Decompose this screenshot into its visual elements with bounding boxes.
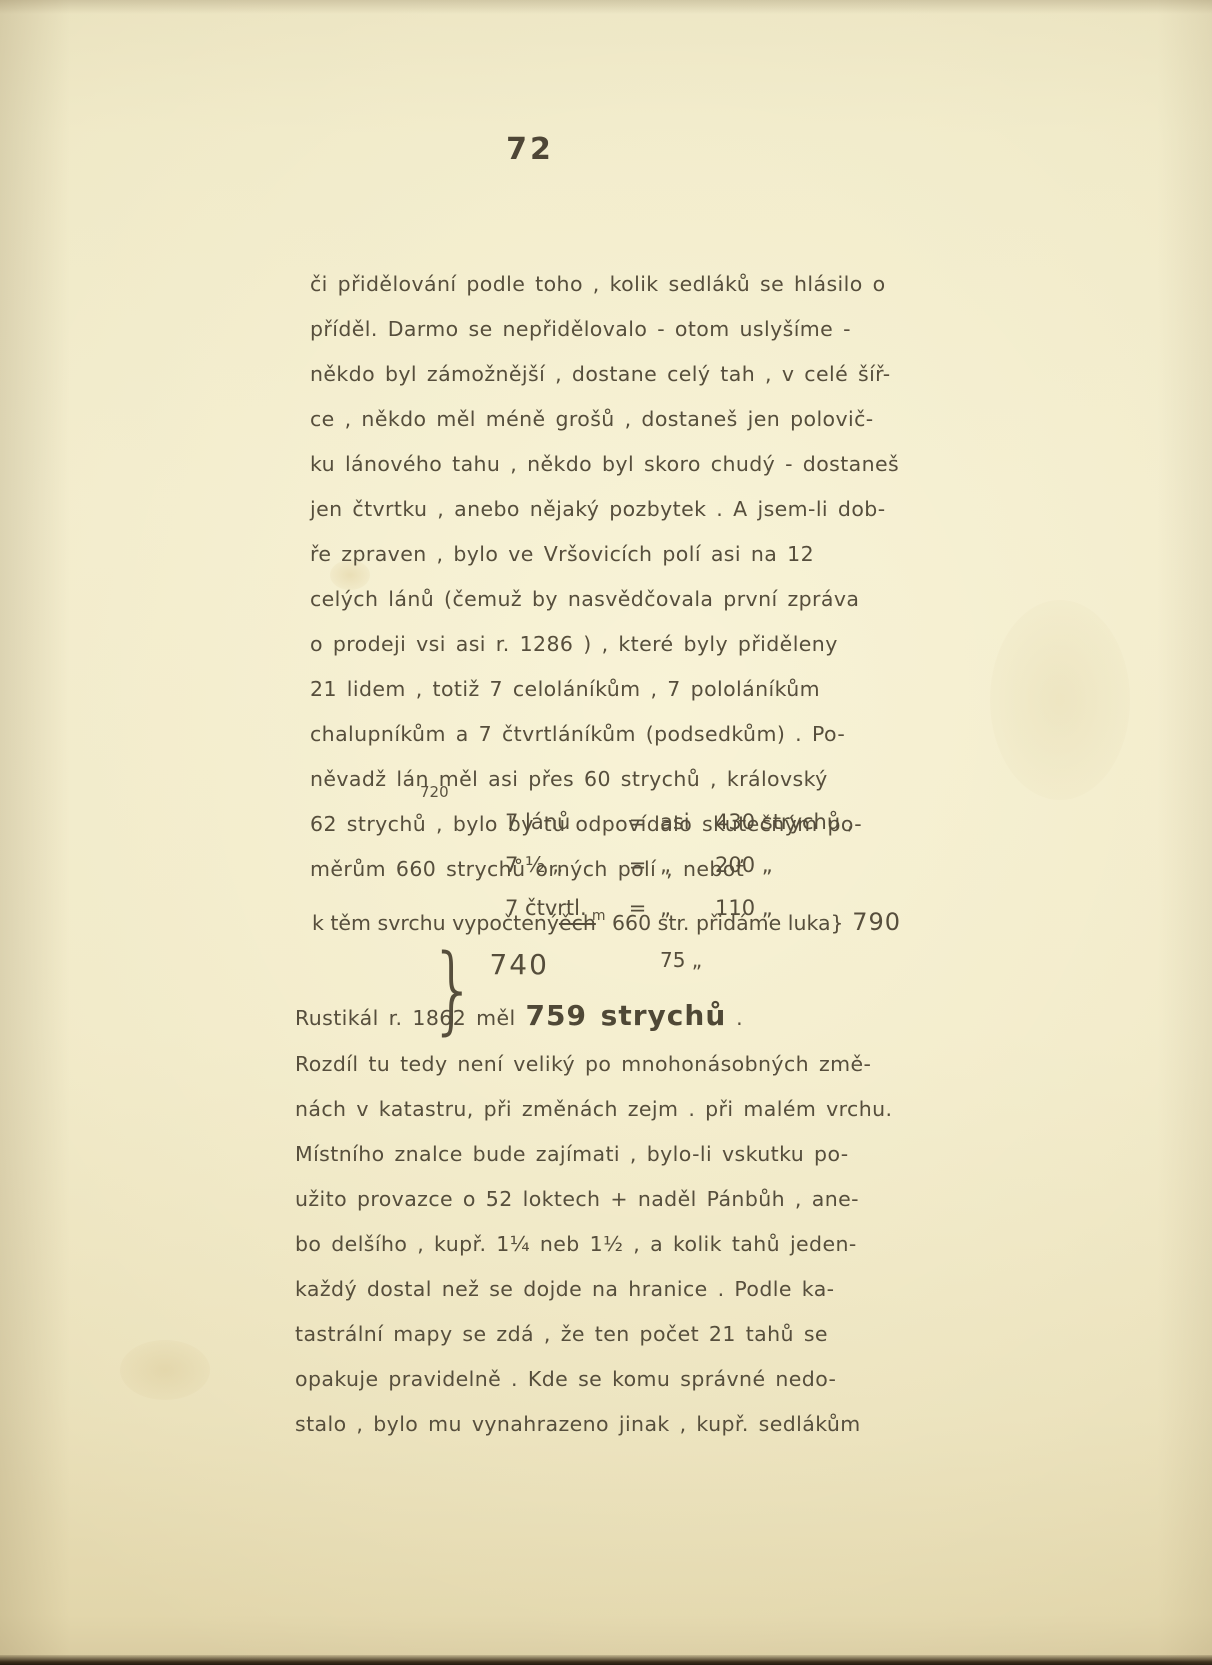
- table-cell: =: [615, 801, 660, 844]
- sum-text: 660 str. přidáme luka}: [605, 911, 843, 935]
- text-line: bo delšího , kupř. 1¼ neb 1½ , a kolik t…: [295, 1222, 975, 1267]
- rustikal-text: .: [726, 1006, 743, 1030]
- text-line: ku lánového tahu , někdo byl skoro chudý…: [310, 442, 970, 487]
- text-line: či přidělování podle toho , kolik sedlák…: [310, 262, 970, 307]
- table-cell: „: [660, 844, 715, 887]
- table-cell: 200 „: [715, 844, 773, 887]
- text-line: Místního znalce bude zajímati , bylo-li …: [295, 1132, 975, 1177]
- rustikal-line: Rustikál r. 1862 měl 759 strychů .: [295, 992, 975, 1042]
- text-line: 21 lidem , totiž 7 celoláníkům , 7 polol…: [310, 667, 970, 712]
- table-cell: 7 ½ „: [505, 844, 615, 887]
- sum-line: k těm svrchu vypočtenýěchm 660 str. přid…: [312, 908, 1012, 936]
- text-line: jen čtvrtku , anebo nějaký pozbytek . A …: [310, 487, 970, 532]
- table-cell: =: [615, 844, 660, 887]
- sum-carry: 75 „: [660, 948, 702, 972]
- paper-highlight: [990, 600, 1130, 800]
- table-row: 7 lánů = asi 430 strychů ,: [505, 801, 854, 844]
- sum-text: k těm svrchu vypočtený: [312, 911, 559, 935]
- table-total: 740: [489, 948, 548, 981]
- table-cell: 7 lánů: [505, 801, 615, 844]
- text-line: opakuje pravidelně . Kde se komu správné…: [295, 1357, 975, 1402]
- rustikal-value: 759 strychů: [525, 999, 726, 1032]
- correction-annotation: 720: [420, 783, 449, 801]
- page-top-shadow: [0, 0, 1212, 14]
- struck-text: ěch: [559, 911, 596, 935]
- page-bottom-edge: [0, 1655, 1212, 1665]
- table-cell: asi: [660, 801, 715, 844]
- text-line: nách v katastru, při změnách zejm . při …: [295, 1087, 975, 1132]
- text-line: každý dostal než se dojde na hranice . P…: [295, 1267, 975, 1312]
- text-line: Rozdíl tu tedy není veliký po mnohonásob…: [295, 1042, 975, 1087]
- closing-paragraph: Rustikál r. 1862 měl 759 strychů . Rozdí…: [295, 992, 975, 1447]
- text-line: ře zpraven , bylo ve Vršovicích polí asi…: [310, 532, 970, 577]
- text-line: užito provazce o 52 loktech + naděl Pánb…: [295, 1177, 975, 1222]
- text-line: celých lánů (čemuž by nasvědčovala první…: [310, 577, 970, 622]
- paper-stain: [120, 1340, 210, 1400]
- text-line: někdo byl zámožnější , dostane celý tah …: [310, 352, 970, 397]
- rustikal-text: Rustikál r. 1862 měl: [295, 1006, 525, 1030]
- page-number: 72: [0, 132, 1060, 167]
- inserted-letter: m: [592, 908, 606, 924]
- sum-total: 790: [844, 908, 901, 936]
- table-row: 7 ½ „ = „ 200 „: [505, 844, 854, 887]
- text-line: tastrální mapy se zdá , že ten počet 21 …: [295, 1312, 975, 1357]
- text-line: stalo , bylo mu vynahrazeno jinak , kupř…: [295, 1402, 975, 1447]
- text-line: o prodeji vsi asi r. 1286 ) , které byly…: [310, 622, 970, 667]
- text-line: příděl. Darmo se nepřidělovalo - otom us…: [310, 307, 970, 352]
- manuscript-page: 72 či přidělování podle toho , kolik sed…: [0, 0, 1212, 1665]
- text-line: chalupníkům a 7 čtvrtláníkům (podsedkům)…: [310, 712, 970, 757]
- table-cell: 430 strychů ,: [715, 801, 854, 844]
- text-line: ce , někdo měl méně grošů , dostaneš jen…: [310, 397, 970, 442]
